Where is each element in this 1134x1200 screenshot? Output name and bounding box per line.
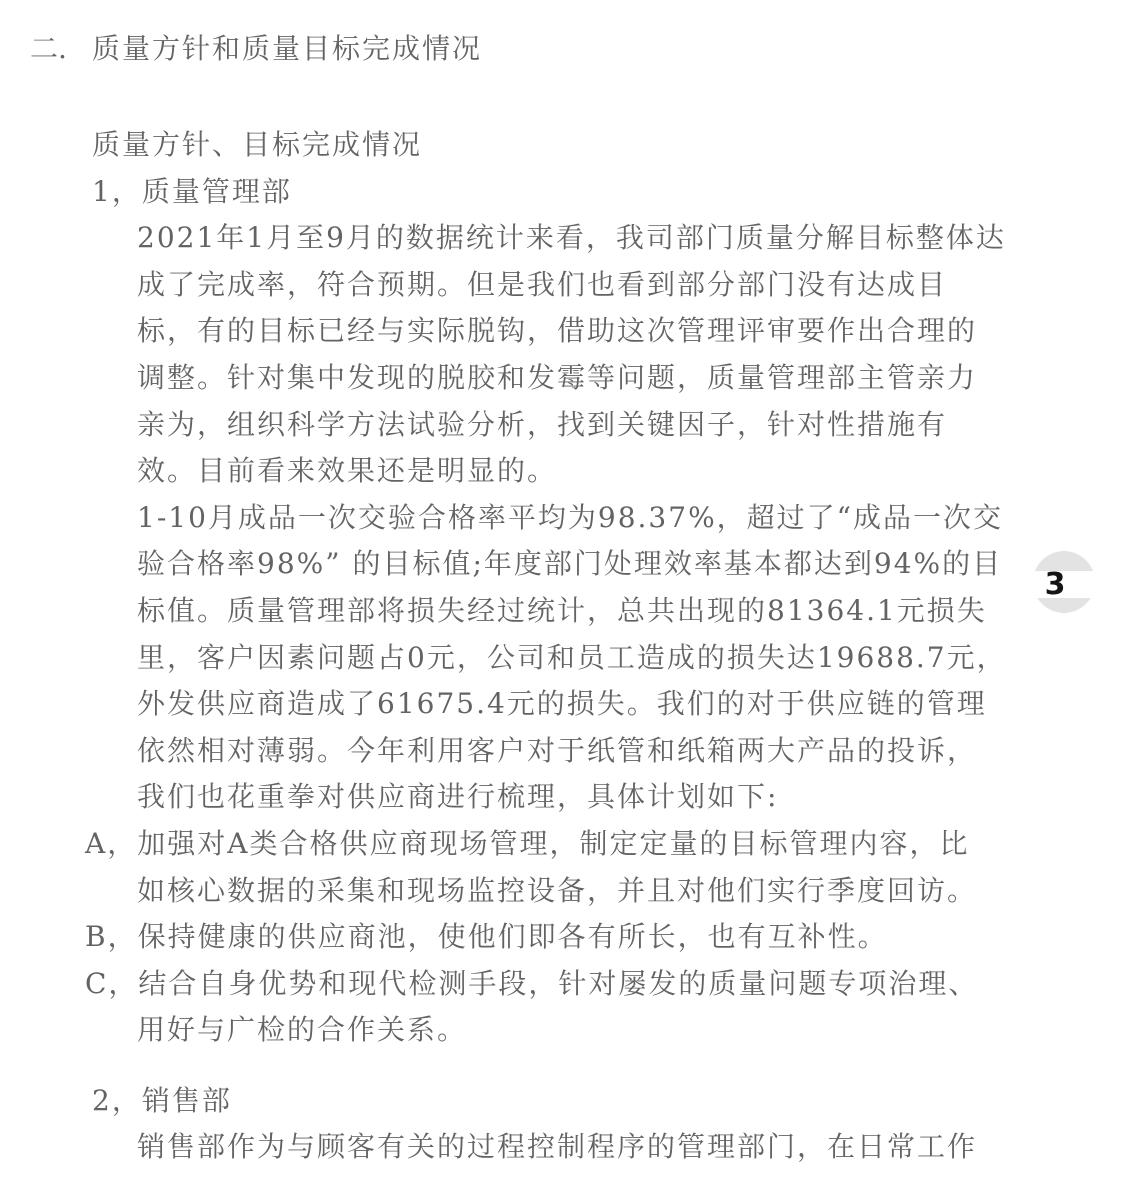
text-line: 外发供应商造成了61675.4元的损失。我们的对于供应链的管理	[137, 681, 1000, 728]
text-line: 标值。质量管理部将损失经过统计，总共出现的81364.1元损失	[137, 588, 1000, 635]
text-line: A，加强对A类合格供应商现场管理，制定定量的目标管理内容，比	[85, 821, 1000, 868]
section-heading: 二.质量方针和质量目标完成情况	[30, 25, 482, 72]
page-number-badge[interactable]: 3	[1033, 551, 1095, 617]
text-line: 标，有的目标已经与实际脱钩，借助这次管理评审要作出合理的	[137, 308, 1000, 355]
document-page: 二.质量方针和质量目标完成情况 质量方针、目标完成情况1，质量管理部2021年1…	[0, 0, 1134, 1200]
text-line: 1，质量管理部	[92, 169, 1000, 216]
page-badge-band: 3	[1026, 571, 1102, 598]
text-line: 调整。针对集中发现的脱胶和发霉等问题，质量管理部主管亲力	[137, 355, 1000, 402]
text-line: 2，销售部	[92, 1078, 1000, 1125]
text-line: 验合格率98%” 的目标值;年度部门处理效率基本都达到94%的目	[137, 541, 1000, 588]
text-line: 成了完成率，符合预期。但是我们也看到部分部门没有达成目	[137, 262, 1000, 309]
text-line: 我们也花重拳对供应商进行梳理，具体计划如下:	[137, 774, 1000, 821]
text-line: 效。目前看来效果还是明显的。	[137, 448, 1000, 495]
text-line: 质量方针、目标完成情况	[92, 122, 1000, 169]
text-line: 依然相对薄弱。今年利用客户对于纸管和纸箱两大产品的投诉，	[137, 728, 1000, 775]
document-body: 质量方针、目标完成情况1，质量管理部2021年1月至9月的数据统计来看，我司部门…	[0, 122, 1000, 1171]
text-line: 用好与广检的合作关系。	[137, 1007, 1000, 1054]
text-line: C，结合自身优势和现代检测手段，针对屡发的质量问题专项治理、	[85, 961, 1000, 1008]
section-title: 质量方针和质量目标完成情况	[92, 32, 482, 65]
page-number: 3	[1045, 570, 1066, 600]
text-line: 亲为，组织科学方法试验分析，找到关键因子，针对性措施有	[137, 402, 1000, 449]
section-number: 二.	[30, 25, 92, 72]
text-line: 2021年1月至9月的数据统计来看，我司部门质量分解目标整体达	[137, 215, 1000, 262]
text-line: 销售部作为与顾客有关的过程控制程序的管理部门，在日常工作	[137, 1124, 1000, 1171]
text-line: 1-10月成品一次交验合格率平均为98.37%，超过了“成品一次交	[137, 495, 1000, 542]
text-line: B，保持健康的供应商池，使他们即各有所长，也有互补性。	[85, 914, 1000, 961]
text-line: 如核心数据的采集和现场监控设备，并且对他们实行季度回访。	[137, 868, 1000, 915]
text-line: 里，客户因素问题占0元，公司和员工造成的损失达19688.7元，	[137, 635, 1000, 682]
